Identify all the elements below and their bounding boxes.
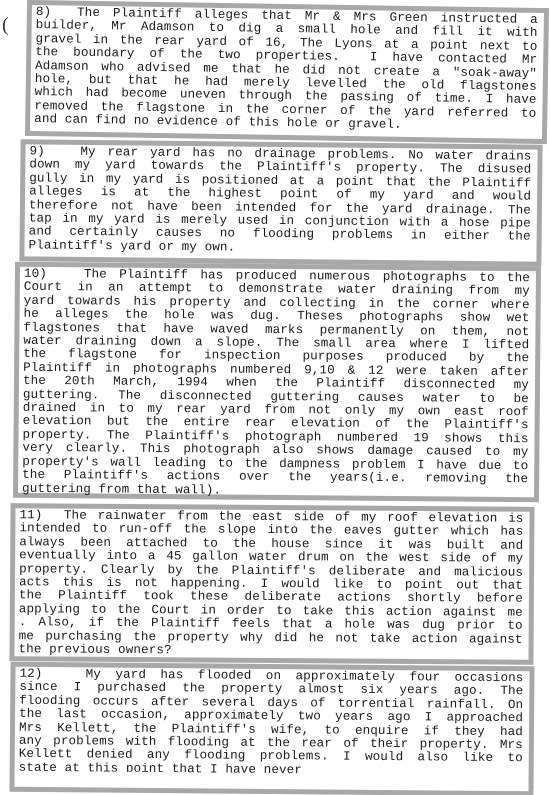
paragraph-12: 12) My yard has flooded on approximately… [9, 662, 534, 795]
paragraph-10: 10) The Plaintiff has produced numerous … [13, 262, 541, 503]
margin-bracket-mark: ( [2, 14, 9, 37]
paragraph-8: 8) The Plaintiff alleges that Mr & Mrs G… [25, 0, 549, 144]
paragraph-11: 11) The rainwater from the east side of … [9, 503, 534, 665]
paragraph-9: 9) My rear yard has no drainage problems… [19, 139, 542, 266]
